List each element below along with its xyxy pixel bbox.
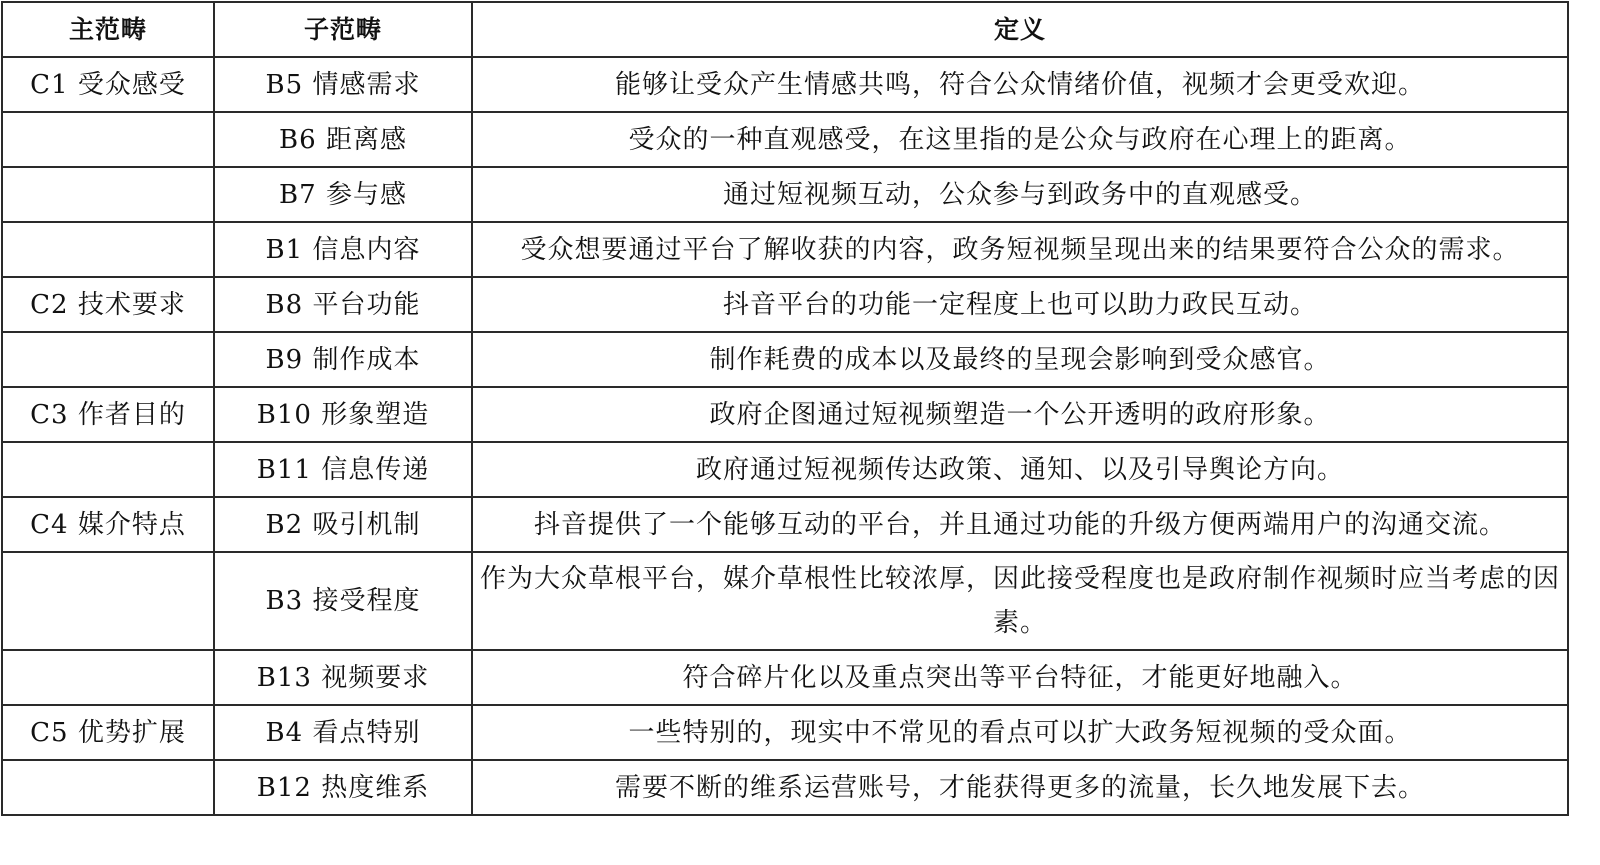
table-row: B11 信息传递 政府通过短视频传达政策、通知、以及引导舆论方向。 <box>2 442 1568 497</box>
definition-cell: 一些特别的，现实中不常见的看点可以扩大政务短视频的受众面。 <box>472 705 1568 760</box>
table-row: C3 作者目的 B10 形象塑造 政府企图通过短视频塑造一个公开透明的政府形象。 <box>2 387 1568 442</box>
definition-cell: 符合碎片化以及重点突出等平台特征，才能更好地融入。 <box>472 650 1568 705</box>
sub-category-cell: B5 情感需求 <box>214 57 472 112</box>
sub-category-cell: B4 看点特别 <box>214 705 472 760</box>
sub-category-cell: B7 参与感 <box>214 167 472 222</box>
table-row: B3 接受程度 作为大众草根平台，媒介草根性比较浓厚，因此接受程度也是政府制作视… <box>2 552 1568 650</box>
table-row: B13 视频要求 符合碎片化以及重点突出等平台特征，才能更好地融入。 <box>2 650 1568 705</box>
main-category-cell <box>2 112 214 167</box>
sub-category-cell: B8 平台功能 <box>214 277 472 332</box>
table-row: C2 技术要求 B8 平台功能 抖音平台的功能一定程度上也可以助力政民互动。 <box>2 277 1568 332</box>
sub-category-cell: B2 吸引机制 <box>214 497 472 552</box>
table-row: B12 热度维系 需要不断的维系运营账号，才能获得更多的流量，长久地发展下去。 <box>2 760 1568 815</box>
sub-category-cell: B9 制作成本 <box>214 332 472 387</box>
main-category-cell: C3 作者目的 <box>2 387 214 442</box>
sub-category-cell: B10 形象塑造 <box>214 387 472 442</box>
definition-cell: 能够让受众产生情感共鸣，符合公众情绪价值，视频才会更受欢迎。 <box>472 57 1568 112</box>
main-category-cell <box>2 760 214 815</box>
table-row: C5 优势扩展 B4 看点特别 一些特别的，现实中不常见的看点可以扩大政务短视频… <box>2 705 1568 760</box>
table-row: B6 距离感 受众的一种直观感受，在这里指的是公众与政府在心理上的距离。 <box>2 112 1568 167</box>
table-row: C4 媒介特点 B2 吸引机制 抖音提供了一个能够互动的平台，并且通过功能的升级… <box>2 497 1568 552</box>
main-category-cell <box>2 222 214 277</box>
table-row: B9 制作成本 制作耗费的成本以及最终的呈现会影响到受众感官。 <box>2 332 1568 387</box>
definition-cell: 受众的一种直观感受，在这里指的是公众与政府在心理上的距离。 <box>472 112 1568 167</box>
sub-category-cell: B1 信息内容 <box>214 222 472 277</box>
definition-cell: 政府通过短视频传达政策、通知、以及引导舆论方向。 <box>472 442 1568 497</box>
main-category-cell: C5 优势扩展 <box>2 705 214 760</box>
main-category-cell <box>2 442 214 497</box>
definition-cell: 制作耗费的成本以及最终的呈现会影响到受众感官。 <box>472 332 1568 387</box>
main-category-cell <box>2 167 214 222</box>
header-main-category: 主范畴 <box>2 2 214 57</box>
table-row: B1 信息内容 受众想要通过平台了解收获的内容，政务短视频呈现出来的结果要符合公… <box>2 222 1568 277</box>
main-category-cell <box>2 332 214 387</box>
definition-cell: 抖音平台的功能一定程度上也可以助力政民互动。 <box>472 277 1568 332</box>
sub-category-cell: B3 接受程度 <box>214 552 472 650</box>
main-category-cell <box>2 650 214 705</box>
category-definition-table: 主范畴 子范畴 定义 C1 受众感受 B5 情感需求 能够让受众产生情感共鸣，符… <box>1 1 1569 816</box>
sub-category-cell: B6 距离感 <box>214 112 472 167</box>
definition-cell: 通过短视频互动，公众参与到政务中的直观感受。 <box>472 167 1568 222</box>
definition-cell: 需要不断的维系运营账号，才能获得更多的流量，长久地发展下去。 <box>472 760 1568 815</box>
main-category-cell: C1 受众感受 <box>2 57 214 112</box>
main-category-cell: C2 技术要求 <box>2 277 214 332</box>
sub-category-cell: B13 视频要求 <box>214 650 472 705</box>
definition-cell: 作为大众草根平台，媒介草根性比较浓厚，因此接受程度也是政府制作视频时应当考虑的因… <box>472 552 1568 650</box>
main-category-cell <box>2 552 214 650</box>
header-sub-category: 子范畴 <box>214 2 472 57</box>
table-header-row: 主范畴 子范畴 定义 <box>2 2 1568 57</box>
table-row: C1 受众感受 B5 情感需求 能够让受众产生情感共鸣，符合公众情绪价值，视频才… <box>2 57 1568 112</box>
sub-category-cell: B12 热度维系 <box>214 760 472 815</box>
sub-category-cell: B11 信息传递 <box>214 442 472 497</box>
table-row: B7 参与感 通过短视频互动，公众参与到政务中的直观感受。 <box>2 167 1568 222</box>
definition-cell: 政府企图通过短视频塑造一个公开透明的政府形象。 <box>472 387 1568 442</box>
main-category-cell: C4 媒介特点 <box>2 497 214 552</box>
header-definition: 定义 <box>472 2 1568 57</box>
definition-cell: 受众想要通过平台了解收获的内容，政务短视频呈现出来的结果要符合公众的需求。 <box>472 222 1568 277</box>
definition-cell: 抖音提供了一个能够互动的平台，并且通过功能的升级方便两端用户的沟通交流。 <box>472 497 1568 552</box>
